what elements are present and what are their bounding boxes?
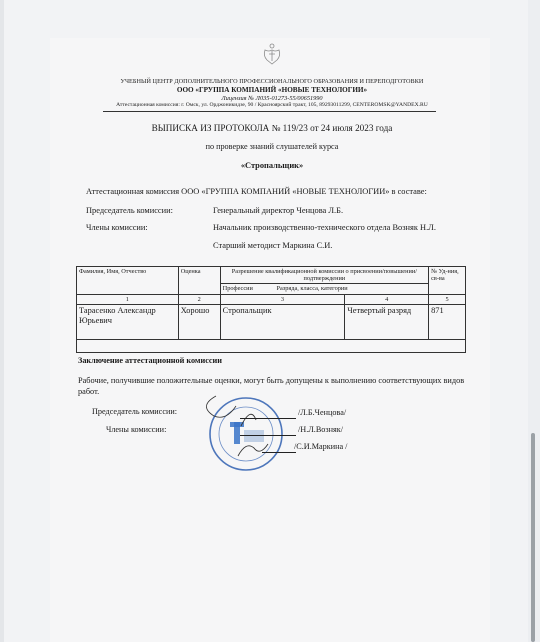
scrollbar-thumb[interactable] [531,433,535,642]
signature-name-member-1: /Н.Л.Возняк/ [298,425,343,434]
document-subtitle: по проверке знаний слушателей курса [80,142,464,151]
signature-name-member-2: /С.И.Маркина / [294,442,347,451]
cell-cert-no: 871 [429,304,466,339]
header-grade: Оценка [178,267,220,295]
header-decision: Разрешение квалификационной комиссии о п… [220,267,428,284]
header-name: Фамилия, Имя, Отчество [77,267,179,295]
viewer-edge [0,0,4,642]
signature-line [240,435,296,436]
signature-name-chair: /Л.Б.Ченцова/ [298,408,346,417]
coat-of-arms-icon [261,42,283,68]
member-1: Начальник производственно-технического о… [213,223,436,232]
chair-value: Генеральный директор Ченцова Л.Б. [213,206,343,215]
protocol-table: Фамилия, Имя, Отчество Оценка Разрешение… [76,266,466,353]
cell-name: Тарасенко Александр Юрьевич [77,304,179,339]
header-divider [103,111,436,112]
chair-label: Председатель комиссии: [86,206,173,215]
col-number: 3 [220,294,345,304]
header-cert-no: № Уд-ния, св-ва [429,267,466,295]
members-label: Члены комиссии: [86,223,148,232]
course-name: «Стропальщик» [80,161,464,170]
col-number: 5 [429,294,466,304]
member-2: Старший методист Маркина С.И. [213,241,332,250]
header-profession-rank: Профессии Разряда, класса, категории [220,284,428,294]
signature-line [262,452,296,453]
col-number: 2 [178,294,220,304]
signature-chair-label: Председатель комиссии: [92,407,177,416]
signature-line [240,418,296,419]
header-rank: Разряда, класса, категории [276,285,347,292]
col-number: 4 [345,294,429,304]
document-title: ВЫПИСКА ИЗ ПРОТОКОЛА № 119/23 от 24 июля… [80,123,464,133]
commission-address: Аттестационная комиссия: г. Омск, ул. Ор… [80,102,464,108]
empty-cell [77,339,466,352]
cell-rank: Четвертый разряд [345,304,429,339]
signature-members-label: Члены комиссии: [106,425,166,434]
col-number: 1 [77,294,179,304]
company-stamp-icon [196,386,296,478]
cell-profession: Стропальщик [220,304,345,339]
cell-grade: Хорошо [178,304,220,339]
company-name: ООО «ГРУППА КОМПАНИЙ «НОВЫЕ ТЕХНОЛОГИИ» [80,86,464,94]
table-empty-row [77,339,466,352]
institution-name: УЧЕБНЫЙ ЦЕНТР ДОПОЛНИТЕЛЬНОГО ПРОФЕССИОН… [80,78,464,85]
license-number: Лицензия № Л035-01273-55/00651990 [80,95,464,102]
table-row: Тарасенко Александр Юрьевич Хорошо Строп… [77,304,466,339]
column-number-row: 1 2 3 4 5 [77,294,466,304]
header-profession: Профессии [223,285,253,292]
conclusion-title: Заключение аттестационной комиссии [78,356,222,365]
table-header-row: Фамилия, Имя, Отчество Оценка Разрешение… [77,267,466,284]
commission-intro: Аттестационная комиссия ООО «ГРУППА КОМП… [86,187,427,196]
